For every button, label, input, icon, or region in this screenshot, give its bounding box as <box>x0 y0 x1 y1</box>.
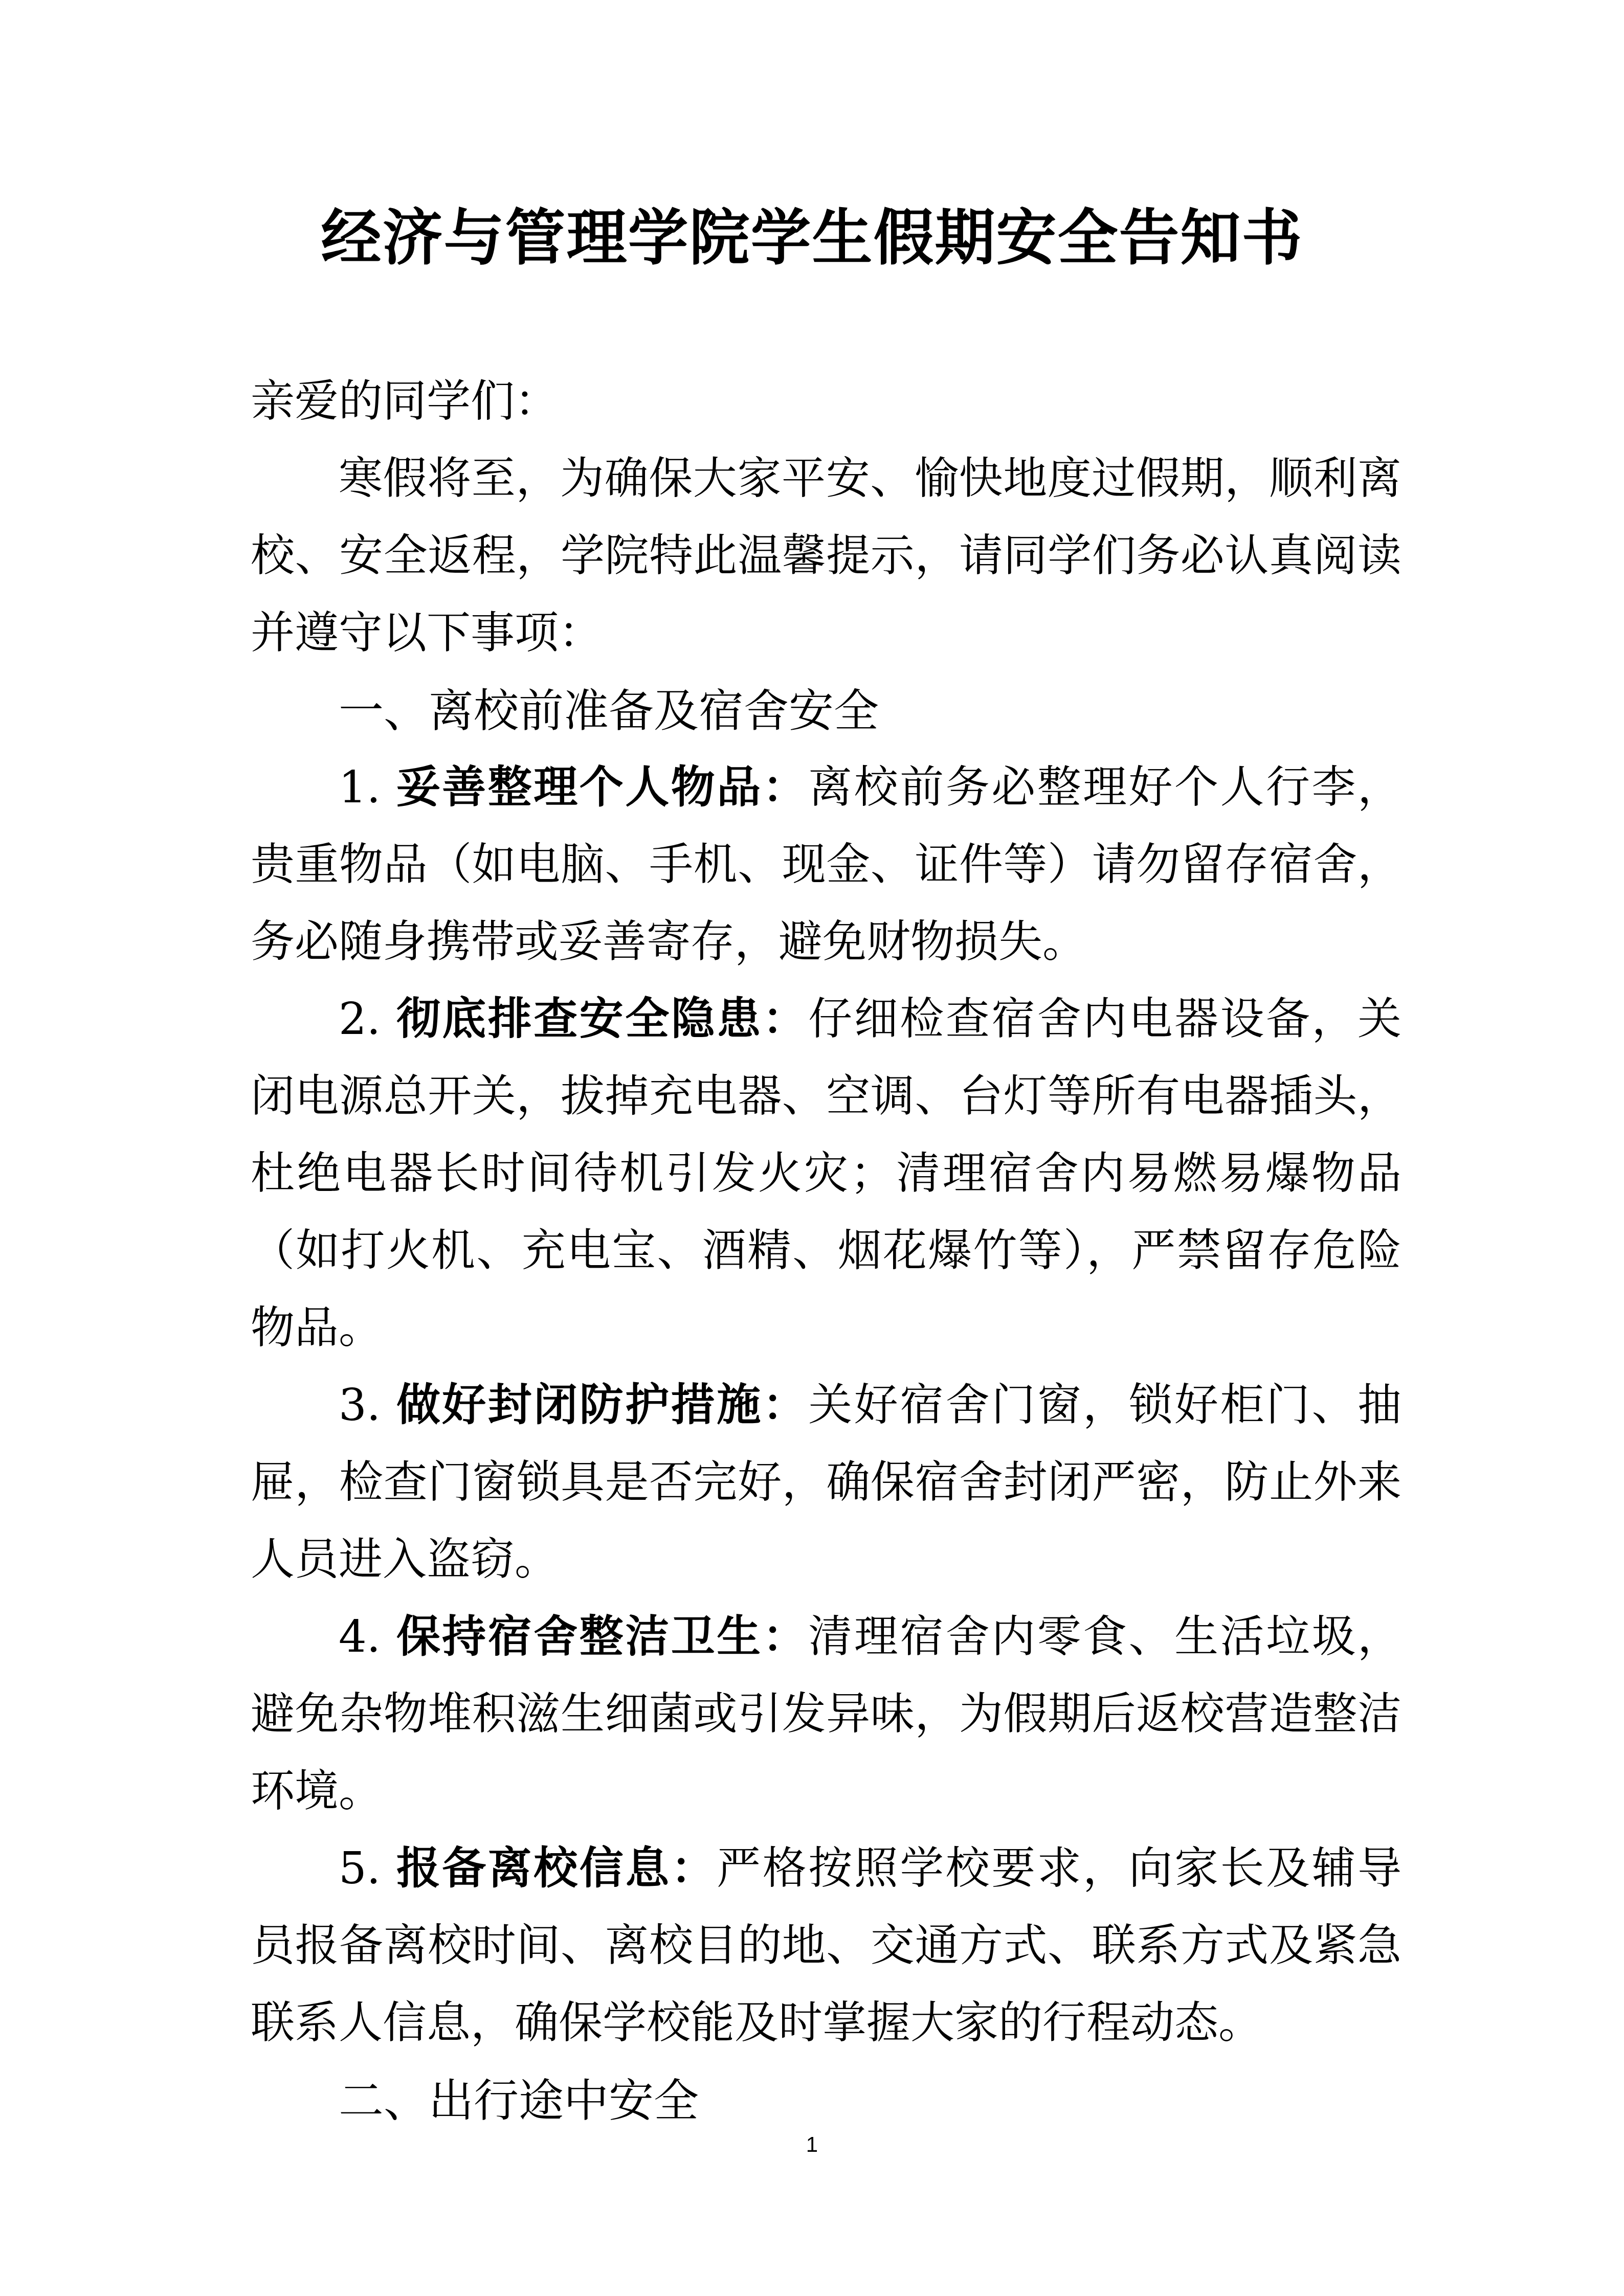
list-item: 1. 妥善整理个人物品：离校前务必整理好个人行李，贵重物品（如电脑、手机、现金、… <box>251 749 1401 981</box>
item-number: 5. <box>339 1843 381 1894</box>
item-title: 保持宿舍整洁卫生： <box>396 1611 808 1662</box>
list-item: 4. 保持宿舍整洁卫生：清理宿舍内零食、生活垃圾，避免杂物堆积滋生细菌或引发异味… <box>251 1599 1401 1830</box>
document-title: 经济与管理学院学生假期安全告知书 <box>0 199 1624 276</box>
section-heading-1: 一、离校前准备及宿舍安全 <box>251 672 1401 749</box>
item-title: 报备离校信息： <box>396 1843 717 1894</box>
item-text: 仔细检查宿舍内电器设备，关闭电源总开关，拔掉充电器、空调、台灯等所有电器插头，杜… <box>251 994 1401 1354</box>
list-item: 2. 彻底排查安全隐患：仔细检查宿舍内电器设备，关闭电源总开关，拔掉充电器、空调… <box>251 981 1401 1367</box>
document-page: 经济与管理学院学生假期安全告知书 亲爱的同学们： 寒假将至，为确保大家平安、愉快… <box>0 0 1624 2296</box>
item-number: 2. <box>339 994 381 1045</box>
section-heading-2: 二、出行途中安全 <box>251 2062 1401 2139</box>
item-number: 3. <box>339 1380 381 1431</box>
page-number: 1 <box>0 2132 1624 2157</box>
item-title: 做好封闭防护措施： <box>396 1380 808 1431</box>
salutation: 亲爱的同学们： <box>251 363 1401 440</box>
intro-paragraph: 寒假将至，为确保大家平安、愉快地度过假期，顺利离校、安全返程，学院特此温馨提示，… <box>251 440 1401 672</box>
list-item: 5. 报备离校信息：严格按照学校要求，向家长及辅导员报备离校时间、离校目的地、交… <box>251 1830 1401 2062</box>
item-number: 1. <box>339 762 381 813</box>
item-title: 彻底排查安全隐患： <box>396 994 808 1045</box>
list-item: 3. 做好封闭防护措施：关好宿舍门窗，锁好柜门、抽屉，检查门窗锁具是否完好，确保… <box>251 1367 1401 1599</box>
document-body: 亲爱的同学们： 寒假将至，为确保大家平安、愉快地度过假期，顺利离校、安全返程，学… <box>251 363 1401 2139</box>
item-number: 4. <box>339 1611 381 1662</box>
item-title: 妥善整理个人物品： <box>396 762 808 813</box>
